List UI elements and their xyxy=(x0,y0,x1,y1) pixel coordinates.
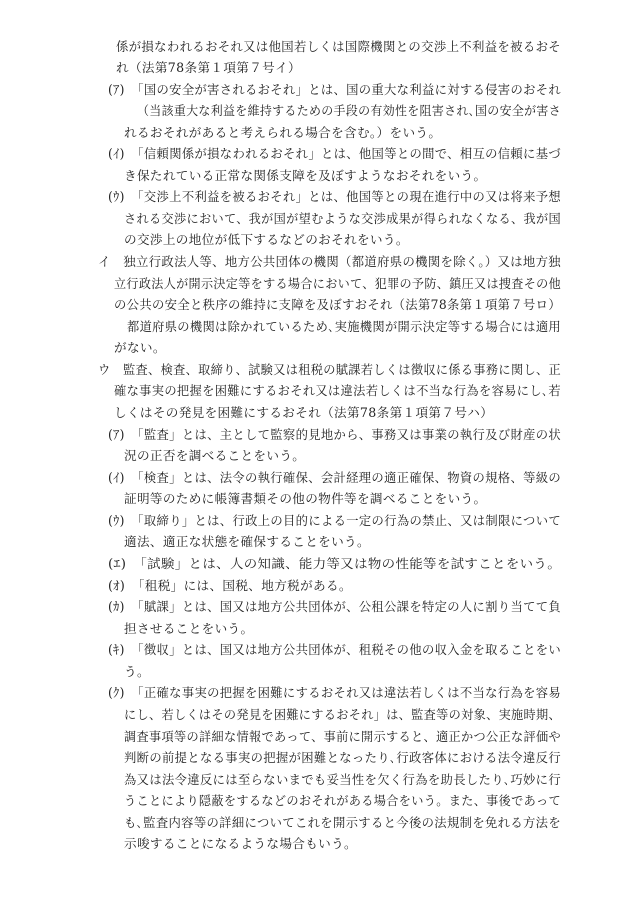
text-line: (ｸ) 「正確な事実の把握を困難にするおそれ又は違法若しくは不当な行為を容易 xyxy=(108,685,561,701)
text-line: 判断の前提となる事実の把握が困難となったり､行政客体における法令違反行 xyxy=(124,750,561,766)
text-line: しくはその発見を困難にするおそれ（法第78条第１項第７号ハ） xyxy=(114,405,493,421)
text-line: (ｷ) 「徴収」とは、国又は地方公共団体が、租税その他の収入金を取ることをい xyxy=(108,642,561,658)
text-line: （当該重大な利益を維持するための手段の有効性を阻害され､国の安全が害さ xyxy=(137,103,561,119)
text-line: (ｱ) 「国の安全が害されるおそれ」とは、国の重大な利益に対する侵害のおそれ xyxy=(108,82,561,98)
text-line: れ（法第78条第１項第７号イ） xyxy=(116,60,301,76)
document-page: 係が損なわれるおそれ又は他国若しくは国際機関との交渉上不利益を被るおそれ（法第7… xyxy=(0,0,630,903)
text-line: (ｳ) 「交渉上不利益を被るおそれ」とは、他国等との現在進行中の又は将来予想 xyxy=(108,189,561,205)
text-line: がない。 xyxy=(114,340,166,356)
text-line: 調査事項等の詳細な情報であって、事前に開示すると、適正かつ公正な評価や xyxy=(124,729,561,745)
text-line: 況の正否を調べることをいう。 xyxy=(124,448,305,464)
text-line: 担させることをいう。 xyxy=(124,621,253,637)
text-line: (ｲ) 「検査」とは、法令の執行確保、会計経理の適正確保、物資の規格、等級の xyxy=(108,470,561,486)
text-line: (ｳ) 「取締り」とは、行政上の目的による一定の行為の禁止、又は制限について xyxy=(108,513,561,529)
text-line: れるおそれがあると考えられる場合を含む。）をいう。 xyxy=(124,125,441,141)
text-line: イ 独立行政法人等、地方公共団体の機関（都道府県の機関を除く。）又は地方独 xyxy=(98,254,561,270)
text-line: の交渉上の地位が低下するなどのおそれをいう。 xyxy=(124,232,409,248)
text-line: にし、若しくはその発見を困難にするおそれ」は、監査等の対象、実施時期、 xyxy=(124,707,561,723)
text-line: ウ 監査、検査、取締り、試験又は租税の賦課若しくは徴収に係る事務に関し、正 xyxy=(98,362,561,378)
text-line: 適法、適正な状態を確保することをいう。 xyxy=(124,534,370,550)
text-line: も､監査内容等の詳細についてこれを開示すると今後の法規制を免れる方法を xyxy=(124,815,561,831)
text-line: 係が損なわれるおそれ又は他国若しくは国際機関との交渉上不利益を被るおそ xyxy=(116,39,561,55)
text-line: うことにより隠蔽をするなどのおそれがある場合をいう。また、事後であって xyxy=(124,793,561,809)
text-line: 為又は法令違反には至らないまでも妥当性を欠く行為を助長したり､巧妙に行 xyxy=(124,772,561,788)
text-line: (ｱ) 「監査」とは、主として監察的見地から、事務又は事業の執行及び財産の状 xyxy=(108,427,561,443)
text-line: う。 xyxy=(124,664,150,680)
text-line: される交渉において、我が国が望むような交渉成果が得られなくなる、我が国 xyxy=(124,211,561,227)
text-line: (ｶ) 「賦課」とは、国又は地方公共団体が、公租公課を特定の人に割り当てて負 xyxy=(108,599,561,615)
text-line: (ｲ) 「信頼関係が損なわれるおそれ」とは、他国等との間で、相互の信頼に基づ xyxy=(108,146,561,162)
text-line: (ｴ) 「試験」とは、人の知識、能力等又は物の性能等を試すことをいう。 xyxy=(108,556,561,572)
text-line: 示唆することになるような場合もいう。 xyxy=(124,836,357,852)
text-line: 立行政法人が開示決定等をする場合において、犯罪の予防、鎮圧又は捜査その他 xyxy=(114,276,561,292)
text-line: (ｵ) 「租税」には、国税、地方税がある。 xyxy=(108,578,352,594)
text-line: 確な事実の把握を困難にするおそれ又は違法若しくは不当な行為を容易にし､若 xyxy=(114,383,561,399)
text-line: の公共の安全と秩序の維持に支障を及ぼすおそれ（法第78条第１項第７号ロ） xyxy=(114,297,561,313)
text-line: き保たれている正常な関係支障を及ぼすようなおそれをいう。 xyxy=(124,168,486,184)
text-line: 都道府県の機関は除かれているため､実施機関が開示決定等する場合には適用 xyxy=(127,319,561,335)
text-line: 証明等のために帳簿書類その他の物件等を調べることをいう。 xyxy=(124,491,486,507)
